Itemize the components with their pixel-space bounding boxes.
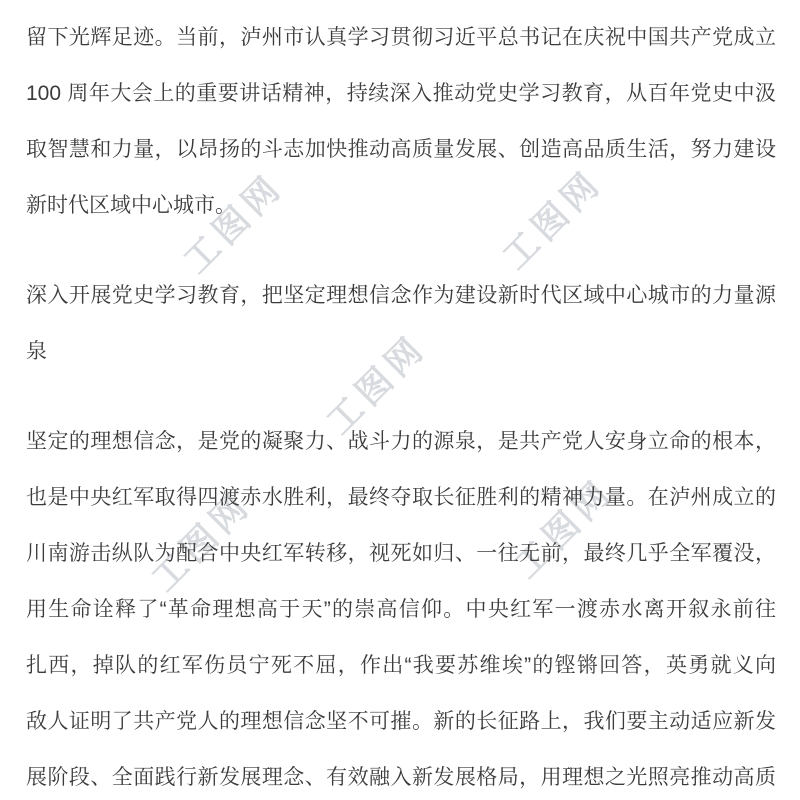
paragraph: 坚定的理想信念，是党的凝聚力、战斗力的源泉，是共产党人安身立命的根本，也是中央红… [26,414,776,800]
paragraph: 留下光辉足迹。当前，泸州市认真学习贯彻习近平总书记在庆祝中国共产党成立100 周… [26,10,776,234]
text-line: 新时代区域中心城市。 [26,178,776,234]
text-line: 深入开展党史学习教育，把坚定理想信念作为建设新时代区域中心城市的力量源 [26,268,776,324]
text-line: 展阶段、全面践行新发展理念、有效融入新发展格局，用理想之光照亮推动高质 [26,750,776,800]
text-line: 取智慧和力量，以昂扬的斗志加快推动高质量发展、创造高品质生活，努力建设 [26,122,776,178]
text-line: 留下光辉足迹。当前，泸州市认真学习贯彻习近平总书记在庆祝中国共产党成立 [26,10,776,66]
text-line: 川南游击纵队为配合中央红军转移，视死如归、一往无前，最终几乎全军覆没， [26,526,776,582]
document-page: { "page": { "background": "#ffffff", "te… [0,0,800,800]
text-line: 坚定的理想信念，是党的凝聚力、战斗力的源泉，是共产党人安身立命的根本， [26,414,776,470]
text-line: 也是中央红军取得四渡赤水胜利，最终夺取长征胜利的精神力量。在泸州成立的 [26,470,776,526]
text-line: 100 周年大会上的重要讲话精神，持续深入推动党史学习教育，从百年党史中汲 [26,66,776,122]
paragraph: 深入开展党史学习教育，把坚定理想信念作为建设新时代区域中心城市的力量源泉 [26,268,776,380]
text-line: 敌人证明了共产党人的理想信念坚不可摧。新的长征路上，我们要主动适应新发 [26,694,776,750]
text-line: 用生命诠释了“革命理想高于天”的崇高信仰。中央红军一渡赤水离开叙永前往 [26,582,776,638]
document-body: 留下光辉足迹。当前，泸州市认真学习贯彻习近平总书记在庆祝中国共产党成立100 周… [26,10,776,800]
text-line: 扎西，掉队的红军伤员宁死不屈，作出“我要苏维埃”的铿锵回答，英勇就义向 [26,638,776,694]
text-line: 泉 [26,324,776,380]
